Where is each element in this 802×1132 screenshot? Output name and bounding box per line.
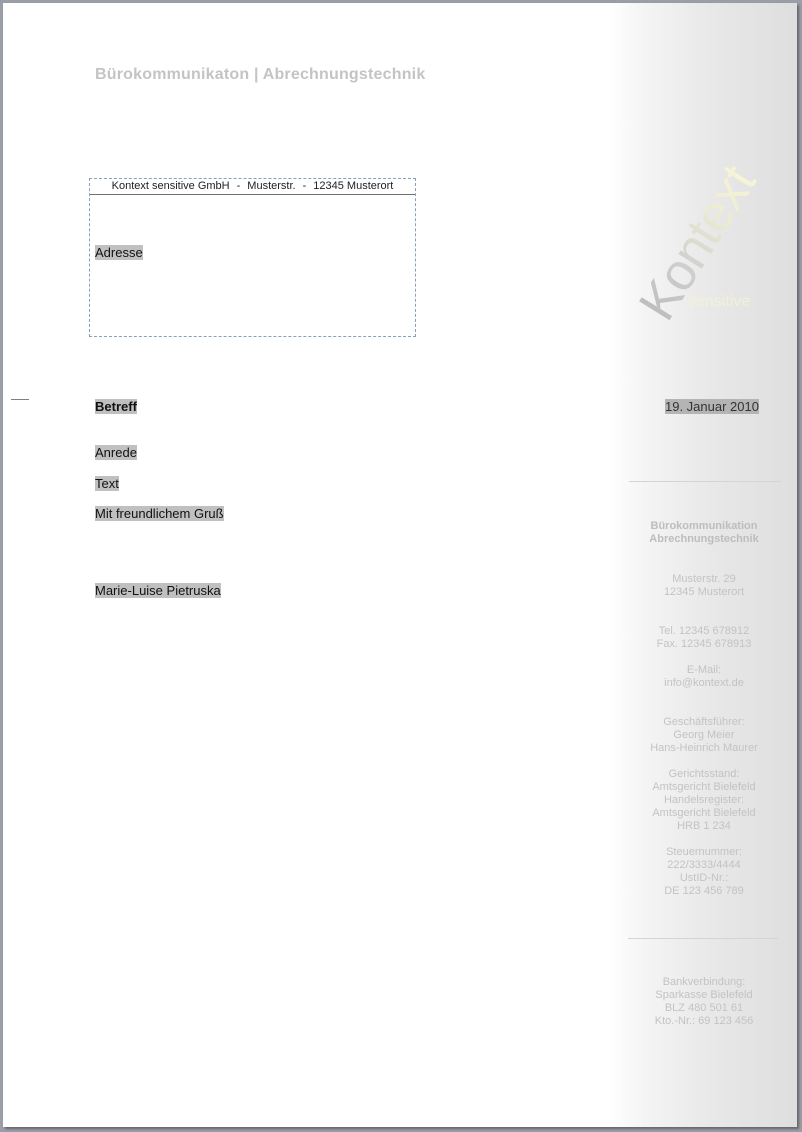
address-field[interactable]: Adresse (95, 245, 143, 260)
management-name: Hans-Heinrich Maurer (619, 742, 789, 755)
salutation-field[interactable]: Anrede (95, 445, 137, 460)
fold-mark (11, 399, 29, 400)
vat-label: UstID-Nr.: (619, 872, 789, 885)
header-title: Bürokommunikaton | Abrechnungstechnik (95, 66, 425, 84)
closing-field[interactable]: Mit freundlichem Gruß (95, 506, 224, 521)
address-line: 12345 Musterort (619, 586, 789, 599)
body-text-field[interactable]: Text (95, 476, 119, 491)
sidebar-company: Bürokommunikation Abrechnungstechnik (619, 520, 789, 546)
address-line: Musterstr. 29 (619, 573, 789, 586)
logo-subtitle: sensitive (688, 293, 750, 311)
sidebar-address: Musterstr. 29 12345 Musterort (619, 573, 789, 599)
bank-label: Bankverbindung: (619, 976, 789, 989)
company-line: Abrechnungstechnik (619, 533, 789, 546)
sender-city: 12345 Musterort (313, 180, 393, 192)
sender-line: Kontext sensitive GmbH-Musterstr.-12345 … (90, 179, 415, 195)
date-field[interactable]: 19. Januar 2010 (665, 399, 759, 414)
court-label: Gerichtsstand: (619, 768, 789, 781)
tax-number: 222/3333/4444 (619, 859, 789, 872)
register-label: Handelsregister: (619, 794, 789, 807)
sidebar-phone: Tel. 12345 678912 Fax. 12345 678913 (619, 625, 789, 651)
register-court: Amtsgericht Bielefeld (619, 807, 789, 820)
vat-number: DE 123 456 789 (619, 885, 789, 898)
court-value: Amtsgericht Bielefeld (619, 781, 789, 794)
sidebar-bank: Bankverbindung: Sparkasse Bielefeld BLZ … (619, 976, 789, 1028)
sidebar-divider (628, 938, 778, 939)
register-number: HRB 1 234 (619, 820, 789, 833)
sidebar-divider (629, 481, 781, 482)
email-label: E-Mail: (619, 664, 789, 677)
sender-separator: - (237, 179, 241, 194)
sender-company: Kontext sensitive GmbH (112, 180, 230, 192)
sidebar-court: Gerichtsstand: Amtsgericht Bielefeld Han… (619, 768, 789, 833)
sidebar-tax: Steuernummer: 222/3333/4444 UstID-Nr.: D… (619, 846, 789, 898)
management-name: Georg Meier (619, 729, 789, 742)
account-number: Kto.-Nr.: 69 123 456 (619, 1015, 789, 1028)
phone-line: Tel. 12345 678912 (619, 625, 789, 638)
sender-street: Musterstr. (247, 180, 295, 192)
signature-field[interactable]: Marie-Luise Pietruska (95, 583, 221, 598)
company-line: Bürokommunikation (619, 520, 789, 533)
address-window[interactable]: Kontext sensitive GmbH-Musterstr.-12345 … (89, 178, 416, 337)
management-label: Geschäftsführer: (619, 716, 789, 729)
bank-name: Sparkasse Bielefeld (619, 989, 789, 1002)
email-value: info@kontext.de (619, 677, 789, 690)
kontext-logo: Kontext sensitive (633, 143, 783, 323)
sender-separator: - (303, 179, 307, 194)
sidebar-management: Geschäftsführer: Georg Meier Hans-Heinri… (619, 716, 789, 755)
bank-code: BLZ 480 501 61 (619, 1002, 789, 1015)
tax-label: Steuernummer: (619, 846, 789, 859)
subject-field[interactable]: Betreff (95, 399, 137, 414)
letter-page: Bürokommunikaton | Abrechnungstechnik Ko… (3, 3, 797, 1127)
fax-line: Fax. 12345 678913 (619, 638, 789, 651)
sidebar-email: E-Mail: info@kontext.de (619, 664, 789, 690)
